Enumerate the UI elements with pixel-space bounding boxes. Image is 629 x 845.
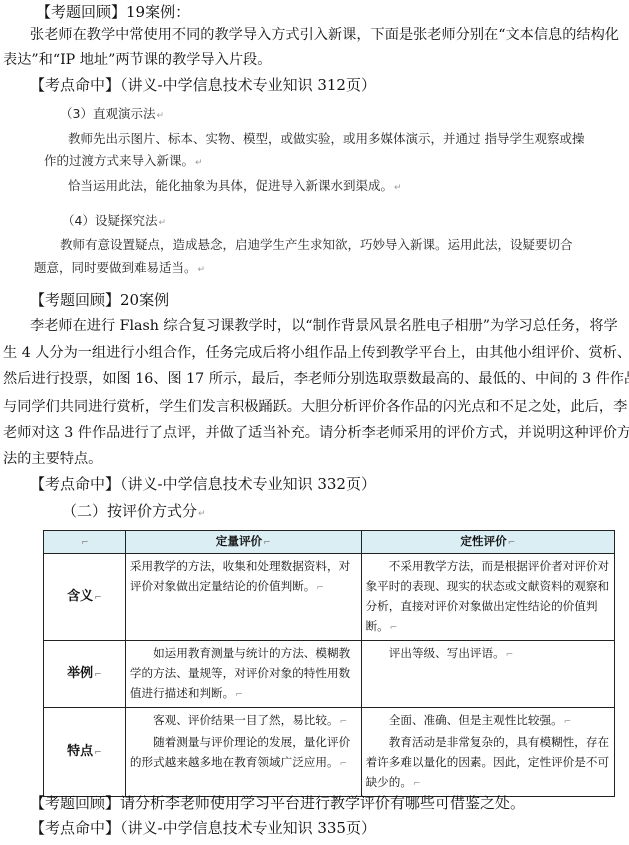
header-label: 定性评价 (460, 534, 506, 548)
cell-text: 不采用教学方法，而是根据评价者对评价对象平时的表现、现实的状态或文献资料的观察和… (366, 559, 609, 633)
method4-line2: 题意，同时要做到难易适当。↵ (34, 258, 205, 280)
section-title-text: （二）按评价方式分 (62, 502, 197, 520)
cell-text: 全面、准确、但是主观性比较强。 (389, 713, 563, 727)
paragraph-mark-icon: ↵ (394, 183, 402, 193)
case20-line: 然后进行投票，如图 16、图 17 所示，最后，李老师分别选取票数最高的、最低的… (3, 369, 629, 389)
cell-mark-icon: ⌐ (94, 593, 102, 603)
method3-line2-text: 作的过渡方式来导入新课。 (44, 153, 194, 168)
cell-mark-icon: ⌐ (81, 538, 89, 548)
cell-mark-icon: ⌐ (235, 690, 243, 700)
cell-qual-meaning: 不采用教学方法，而是根据评价者对评价对象平时的表现、现实的状态或文献资料的观察和… (361, 554, 614, 641)
cell-mark-icon: ⌐ (506, 650, 514, 660)
case20-line: 法的主要特点。 (3, 449, 102, 469)
case21-reference: 【考点命中】（讲义-中学信息技术专业知识 335页） (30, 818, 376, 838)
cell-mark-icon: ⌐ (316, 583, 324, 593)
case19-paragraph-line2: 表达”和“IP 地址”两节课的教学导入片段。 (3, 50, 271, 70)
method3-line1: 教师先出示图片、标本、实物、模型，或做实验，或用多媒体演示，并通过 指导学生观察… (68, 129, 584, 149)
case19-paragraph-line1: 张老师在教学中常使用不同的教学导入方式引入新课，下面是张老师分别在“文本信息的结… (30, 25, 619, 45)
method3-line3-text: 恰当运用此法，能化抽象为具体，促进导入新课水到渠成。 (68, 178, 393, 193)
table-row: 特点⌐ 客观、评价结果一目了然，易比较。⌐ 随着测量与评价理论的发展，量化评价的… (44, 708, 615, 797)
method3-line3: 恰当运用此法，能化抽象为具体，促进导入新课水到渠成。↵ (68, 176, 402, 198)
row-label-example: 举例⌐ (44, 641, 126, 708)
table-row: 举例⌐ 如运用教育测量与统计的方法、模糊教学的方法、量规等，对评价对象的特性用数… (44, 641, 615, 708)
cell-qual-features: 全面、准确、但是主观性比较强。⌐ 教育活动是非常复杂的，具有模糊性，存在着许多难… (361, 708, 614, 797)
method4-line1: 教师有意设置疑点，造成悬念，启迪学生产生求知欲，巧妙导入新课。运用此法，设疑要切… (60, 235, 573, 255)
cell-mark-icon: ⌐ (340, 717, 348, 727)
method3-title-text: （3）直观演示法 (60, 106, 155, 121)
case20-line: 老师对这 3 件作品进行了点评，并做了适当补充。请分析李老师采用的评价方式，并说… (3, 423, 629, 443)
cell-text: 随着测量与评价理论的发展，量化评价的形式越来越多地在教育领域广泛应用。 (130, 735, 350, 769)
header-label: 定量评价 (216, 534, 262, 548)
case19-reference: 【考点命中】（讲义-中学信息技术专业知识 312页） (30, 75, 376, 95)
table-header-quantitative: 定量评价⌐ (125, 531, 361, 554)
case19-header: 【考题回顾】19案例： (36, 2, 190, 22)
section-title: （二）按评价方式分↵ (62, 501, 206, 524)
row-label-text: 特点 (67, 744, 93, 759)
cell-quant-example: 如运用教育测量与统计的方法、模糊教学的方法、量规等，对评价对象的特性用数值进行描… (125, 641, 361, 708)
row-label-text: 含义 (67, 589, 93, 604)
case20-header: 【考题回顾】20案例 (30, 290, 169, 310)
table-row: 含义⌐ 采用教学的方法，收集和处理数据资料，对评价对象做出定量结论的价值判断。⌐… (44, 554, 615, 641)
cell-mark-icon: ⌐ (413, 779, 421, 789)
case20-line: 生 4 人分为一组进行小组合作，任务完成后将小组作品上传到教学平台上，由其他小组… (3, 343, 629, 363)
cell-mark-icon: ⌐ (94, 748, 102, 758)
cell-mark-icon: ⌐ (340, 759, 348, 769)
cell-mark-icon: ⌐ (390, 623, 398, 633)
cell-text: 客观、评价结果一目了然，易比较。 (153, 713, 339, 727)
evaluation-comparison-table: ⌐ 定量评价⌐ 定性评价⌐ 含义⌐ 采用教学的方法，收集和处理数据资料，对评价对… (43, 530, 615, 797)
case20-reference: 【考点命中】（讲义-中学信息技术专业知识 332页） (30, 474, 376, 494)
case20-line: 李老师在进行 Flash 综合复习课教学时，以“制作背景风景名胜电子相册”为学习… (30, 316, 618, 336)
paragraph-mark-icon: ↵ (156, 111, 164, 121)
cell-text: 评出等级、写出评语。 (389, 646, 505, 660)
table-header-row: ⌐ 定量评价⌐ 定性评价⌐ (44, 531, 615, 554)
case20-line: 与同学们共同进行赏析，学生们发言积极踊跃。大胆分析评价各作品的闪光点和不足之处，… (3, 397, 627, 417)
row-label-text: 举例 (67, 666, 93, 681)
paragraph-mark-icon: ↵ (158, 218, 166, 228)
table-header-empty: ⌐ (44, 531, 126, 554)
row-label-meaning: 含义⌐ (44, 554, 126, 641)
cell-mark-icon: ⌐ (508, 538, 516, 548)
paragraph-mark-icon: ↵ (195, 158, 203, 168)
cell-mark-icon: ⌐ (94, 670, 102, 680)
paragraph-mark-icon: ↵ (198, 509, 206, 519)
method4-title-text: （4）设疑探究法 (62, 213, 157, 228)
cell-mark-icon: ⌐ (263, 538, 271, 548)
paragraph-mark-icon: ↵ (198, 265, 206, 275)
method4-title: （4）设疑探究法↵ (62, 211, 166, 233)
table-header-qualitative: 定性评价⌐ (361, 531, 614, 554)
cell-quant-meaning: 采用教学的方法，收集和处理数据资料，对评价对象做出定量结论的价值判断。⌐ (125, 554, 361, 641)
cell-quant-features: 客观、评价结果一目了然，易比较。⌐ 随着测量与评价理论的发展，量化评价的形式越来… (125, 708, 361, 797)
method4-line2-text: 题意，同时要做到难易适当。 (34, 260, 197, 275)
cell-text: 教育活动是非常复杂的，具有模糊性，存在着许多难以量化的因素。因此，定性评价是不可… (366, 735, 609, 789)
method3-line2: 作的过渡方式来导入新课。↵ (44, 151, 203, 173)
row-label-features: 特点⌐ (44, 708, 126, 797)
cell-qual-example: 评出等级、写出评语。⌐ (361, 641, 614, 708)
case21-header: 【考题回顾】请分析李老师使用学习平台进行教学评价有哪些可借鉴之处。 (30, 793, 525, 813)
method3-title: （3）直观演示法↵ (60, 104, 164, 126)
cell-mark-icon: ⌐ (564, 717, 572, 727)
